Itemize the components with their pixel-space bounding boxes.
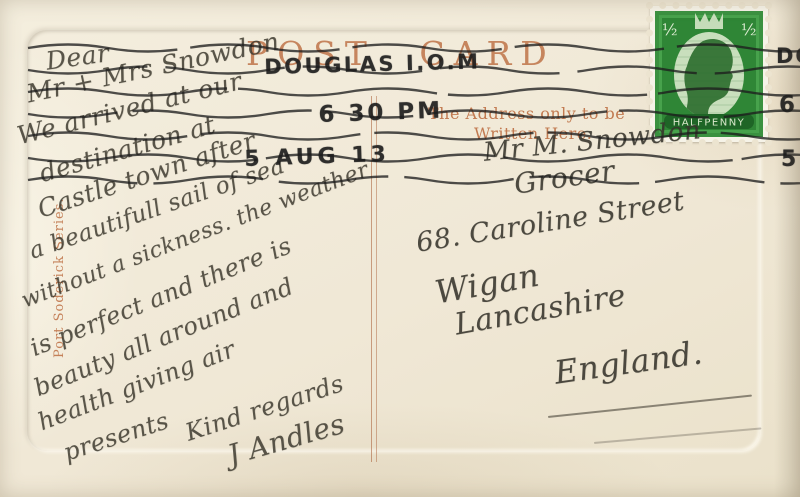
postmark-time: 6 30 PM [318, 98, 444, 128]
postmark-edge-partial-time: 6 [779, 92, 795, 118]
postmark-date: 5 AUG 13 [244, 142, 390, 172]
postcard-back: POST CARD The Address only to be Written… [0, 0, 800, 497]
postmark-edge-partial-town: DO [776, 44, 800, 68]
postmark-edge-partial-date: 5 [781, 147, 796, 172]
stamp-value-left: ½ [662, 20, 678, 39]
address-note-line1: The Address only to be [428, 104, 625, 123]
stamp-value-right: ½ [741, 20, 757, 39]
scan-edge-strip [774, 0, 800, 497]
